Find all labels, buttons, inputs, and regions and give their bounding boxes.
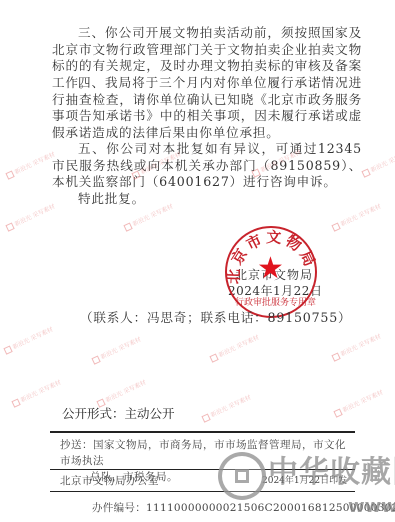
paragraph-closing: 特此批复。 [52,191,362,208]
seal-star-icon: ★ [257,254,284,284]
site-watermark-logo: 中华收藏网 www.pmw.cn [218,452,395,522]
issuing-office: 北京市文物局办公室 [60,473,159,488]
site-name: 中华收藏网 [268,456,395,490]
watermark: 新浪光 采写素材 [5,201,57,232]
watermark: 新浪光 采写素材 [331,331,383,362]
watermark: 新浪光 采写素材 [201,392,253,423]
watermark: 新浪光 采写素材 [209,332,261,363]
document-page: 三、你公司开展文物拍卖活动前，须按照国家及北京市文物行政管理部门关于文物拍卖企业… [0,0,395,522]
paragraph-five: 五、你公司对本批复如有异议，可通过12345市民服务热线或向本机关承办部门（89… [52,141,362,191]
site-domain: www.pmw.cn [348,496,395,517]
watermark: 新浪光 采写素材 [11,377,63,408]
watermark: 新浪光 采写素材 [333,387,385,418]
coin-square-hole-icon [235,469,249,483]
coin-logo-icon [218,452,266,500]
divider-thick [50,431,355,433]
watermark: 新浪光 采写素材 [91,334,143,365]
watermark: 新浪光 采写素材 [361,147,395,178]
watermark: 新浪光 采写素材 [5,149,57,180]
disclosure-form: 公开形式：主动公开 [62,404,175,422]
paragraph-four: 四、我局将于三个月内对你单位履行承诺情况进行抽查检查，请你单位确认已知晓《北京市… [52,75,362,141]
contact-info: （联系人：冯思奇；联系电话：89150755） [80,307,351,326]
watermark: 新浪光 采写素材 [3,324,55,355]
